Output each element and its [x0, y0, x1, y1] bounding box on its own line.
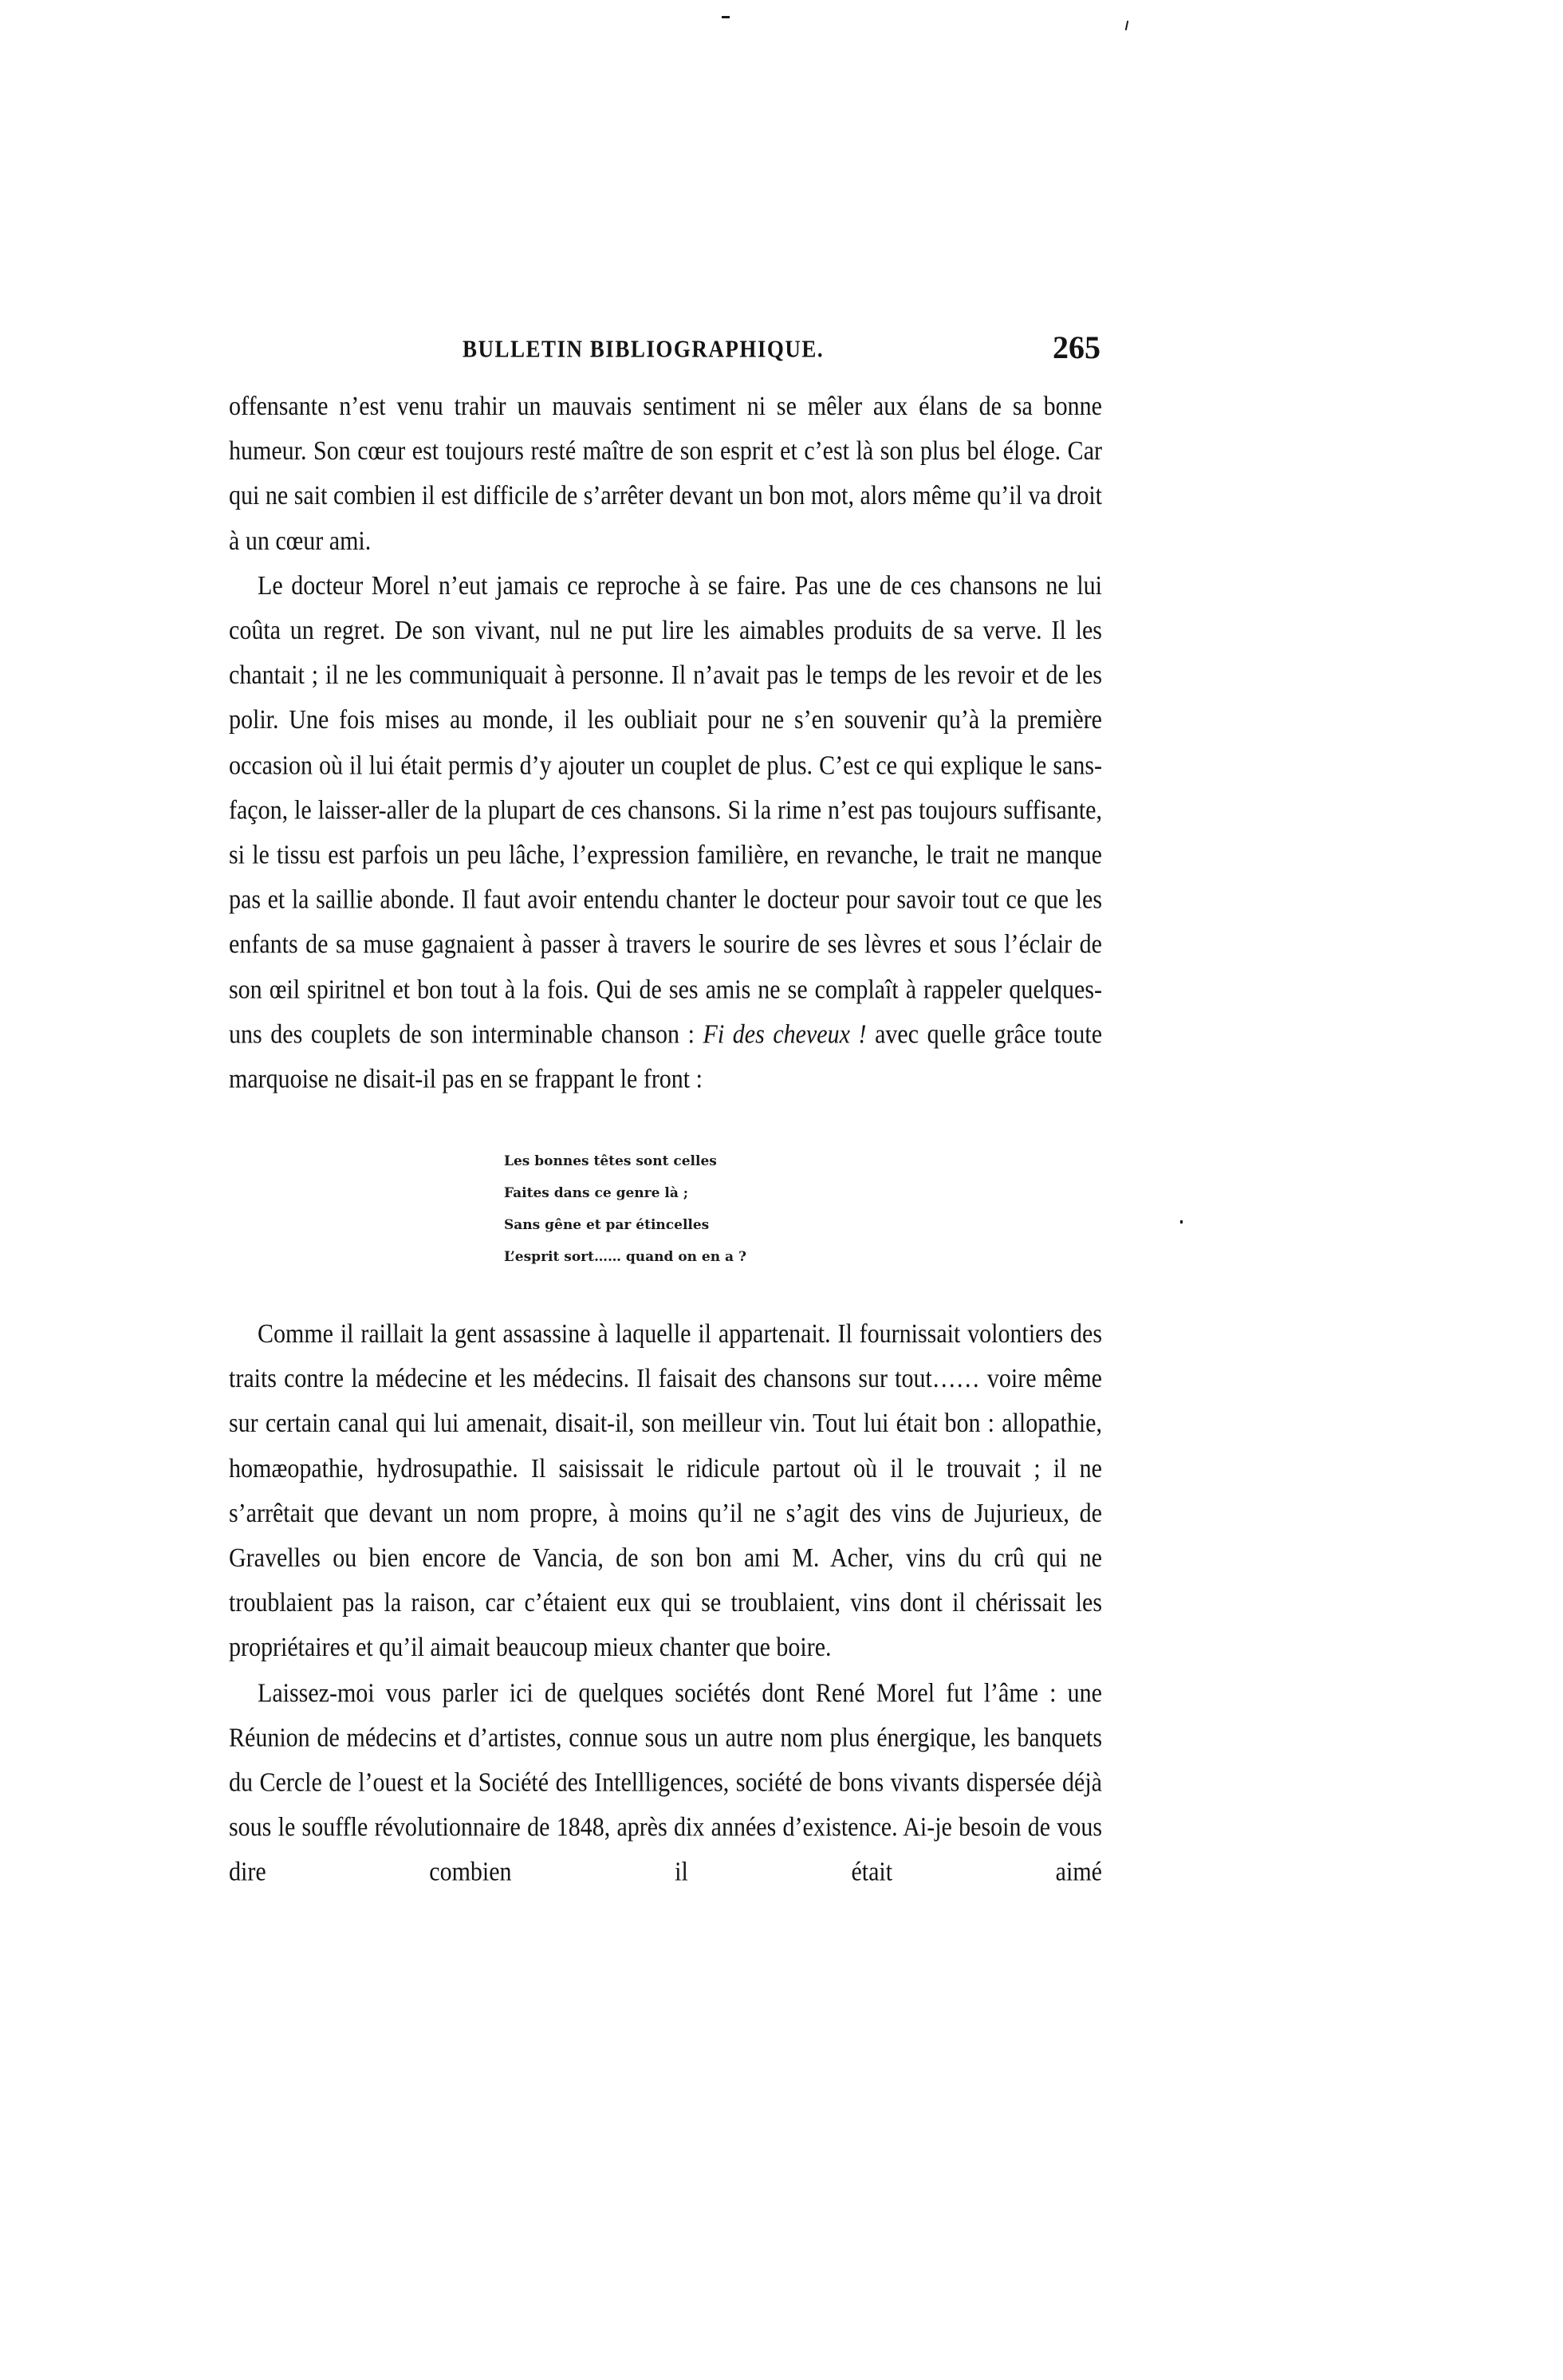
verse-line: Sans gêne et par étincelles [504, 1209, 903, 1241]
body-text-section-2: Comme il raillait la gent assassine à la… [229, 1312, 1102, 1895]
running-head: BULLETIN BIBLIOGRAPHIQUE. 265 [463, 329, 1100, 368]
verse-line: L’esprit sort…… quand on en a ? [504, 1241, 903, 1273]
body-text-section-1: offensante n’est venu trahir un mauvais … [229, 384, 1102, 1102]
scan-mark [722, 16, 730, 18]
paragraph: Comme il raillait la gent assassine à la… [229, 1312, 1102, 1671]
scanned-book-page: BULLETIN BIBLIOGRAPHIQUE. 265 offensante… [0, 0, 1563, 2380]
scan-mark [1125, 21, 1128, 30]
verse-line: Les bonnes têtes sont celles [504, 1145, 903, 1177]
scan-mark [1180, 1220, 1183, 1223]
verse-quotation: Les bonnes têtes sont celles Faites dans… [504, 1145, 903, 1273]
paragraph: Laissez-moi vous parler ici de quelques … [229, 1671, 1102, 1895]
page-number: 265 [1053, 329, 1100, 366]
running-head-title: BULLETIN BIBLIOGRAPHIQUE. [463, 335, 824, 364]
paragraph: Le docteur Morel n’eut jamais ce reproch… [229, 564, 1102, 1102]
song-title: Fi des cheveux ! [703, 1019, 867, 1049]
paragraph: offensante n’est venu trahir un mauvais … [229, 384, 1102, 564]
paragraph-text: Le docteur Morel n’eut jamais ce reproch… [229, 571, 1102, 1049]
verse-line: Faites dans ce genre là ; [504, 1177, 903, 1209]
